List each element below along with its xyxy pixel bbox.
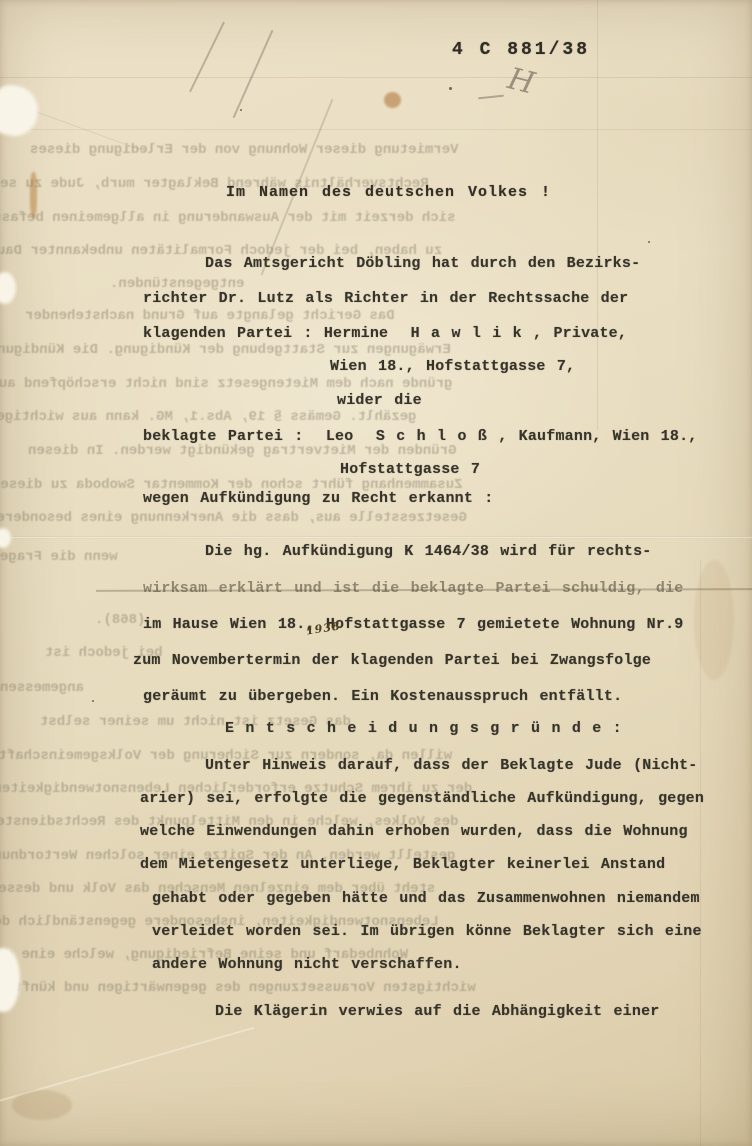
handwritten-pencil-dash <box>478 95 504 100</box>
typed-line: Unter Hinweis darauf, dass der Beklagte … <box>205 757 697 775</box>
ink-speck <box>449 87 452 90</box>
bleedthrough-line: wichtigsten Voraussetzungen des gegenwär… <box>0 980 476 997</box>
typed-line: richter Dr. Lutz als Richter in der Rech… <box>143 290 628 308</box>
typed-line: wegen Aufkündigung zu Recht erkannt : <box>143 490 493 508</box>
bleedthrough-line: gezählt. Gemäss § 19, Abs.1, MG. kann au… <box>0 409 416 426</box>
typed-line: wider die <box>337 392 422 410</box>
pencil-scribble <box>189 22 225 93</box>
typed-line: verleidet worden sei. Im übrigen könne B… <box>152 923 702 941</box>
case-number: 4 C 881/38 <box>452 40 590 60</box>
typed-line: Wien 18., Hofstattgasse 7, <box>330 358 575 376</box>
typed-line: geräumt zu übergeben. Ein Kostenausspruc… <box>143 688 622 706</box>
rust-stain <box>30 172 37 218</box>
typed-line: gehabt oder gegeben hätte und das Zusamm… <box>152 890 700 908</box>
stain <box>694 560 734 680</box>
typed-line: arier) sei, erfolgte die gegenständliche… <box>140 790 704 808</box>
typed-line: Die hg. Aufkündigung K 1464/38 wird für … <box>205 543 651 561</box>
paper-damage <box>0 82 43 140</box>
bleedthrough-line: wenn die Frage <box>0 549 118 566</box>
bleedthrough-line: angemessen <box>0 680 84 697</box>
typed-line: klagenden Partei : Hermine H a w l i k ,… <box>143 325 627 343</box>
bleedthrough-line: Das Gericht gelangte auf Grund nachstehe… <box>25 308 395 325</box>
typed-line: Das Amtsgericht Döbling hat durch den Be… <box>205 255 640 273</box>
crease-line <box>0 129 752 130</box>
crease-line <box>597 0 598 430</box>
typed-line: Die Klägerin verwies auf die Abhängigkei… <box>215 1003 659 1021</box>
document-page: Vermietung dieser Wohnung von der Erledi… <box>0 0 752 1146</box>
bleedthrough-line: Gesetzesstelle aus, dass die Anerkennung… <box>0 510 467 527</box>
typed-line: E n t s c h e i d u n g s g r ü n d e : <box>225 720 622 738</box>
stain <box>12 1090 72 1120</box>
bleedthrough-line: Erwägungen zur Stattgebung der Kündigung… <box>0 342 451 359</box>
ink-speck <box>648 241 650 243</box>
typed-line: andere Wohnung nicht verschaffen. <box>152 956 462 974</box>
typed-line: beklagte Partei : Leo S c h l o ß , Kauf… <box>143 428 697 446</box>
typed-line: im Hause Wien 18., Hofstattgasse 7 gemie… <box>143 616 683 634</box>
crease-line <box>0 77 752 78</box>
ink-speck <box>240 109 242 111</box>
paper-damage <box>0 528 11 548</box>
bleedthrough-line: (868). <box>95 612 145 629</box>
typed-line: dem Mietengesetz unterliege, Beklagter k… <box>140 856 665 874</box>
typed-line: zum Novembertermin der klagenden Partei … <box>133 652 651 670</box>
document-title: Im Namen des deutschen Volkes ! <box>226 184 551 201</box>
rust-stain <box>384 92 401 108</box>
fold-line <box>0 536 752 539</box>
bleedthrough-line: sich derzeit mit der Auswanderung in all… <box>0 210 455 227</box>
handwritten-pencil-mark: H <box>504 61 538 101</box>
paper-damage <box>0 272 16 304</box>
typed-line: Hofstattgasse 7 <box>340 461 480 479</box>
bleedthrough-line: Vermietung dieser Wohnung von der Erledi… <box>30 142 458 159</box>
bleedthrough-line: gründe nach dem Mietengesetz sind nicht … <box>0 376 452 393</box>
ink-speck <box>92 700 94 702</box>
pencil-scribble <box>233 30 274 119</box>
typed-line: welche Einwendungen dahin erhoben wurden… <box>140 823 688 841</box>
